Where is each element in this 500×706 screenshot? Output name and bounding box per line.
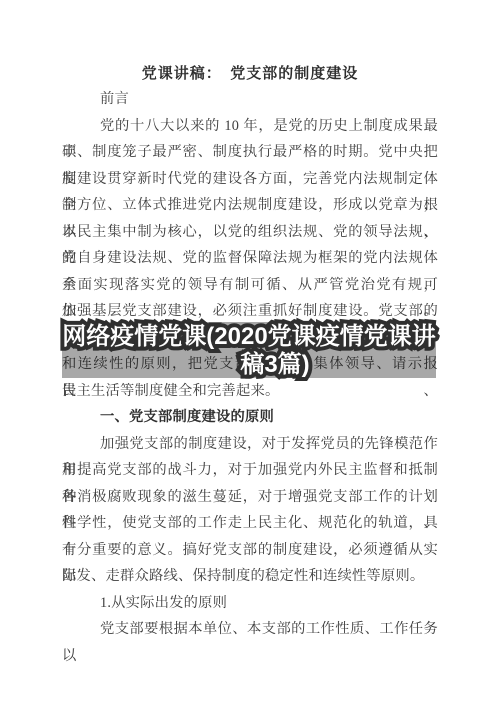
doc-line: 1.从实际出发的原则 (62, 590, 438, 617)
document-title: 党课讲稿： 党支部的制度建设 (62, 62, 438, 83)
doc-line: 全方位、立体式推进党内法规制度建设，形成以党章为根本， (62, 192, 438, 219)
doc-line: 十分重要的意义。搞好党支部的制度建设，必须遵循从实际 (62, 537, 438, 564)
doc-line: 以民主集中制为核心，以党的组织法规、党的领导法规、党 (62, 219, 438, 246)
doc-line: 科学性，使党支部的工作走上民主化、规范化的轨道，具有 (62, 510, 438, 537)
doc-line: 种消极腐败现象的滋生蔓延，对于增强党支部工作的计划性、 (62, 484, 438, 511)
doc-line: 和提高党支部的战斗力，对于加强党内外民主监督和抵制各 (62, 457, 438, 484)
document-page: 党课讲稿： 党支部的制度建设 前言党的十八大以来的 10 年，是党的历史上制度成… (0, 0, 500, 706)
doc-line: 一、党支部制度建设的原则 (62, 404, 438, 431)
doc-line: 的自身建设法规、党的监督保障法规为框架的党内法规体系， (62, 245, 438, 272)
doc-line: 前言 (62, 86, 438, 113)
doc-line: 硕、制度笼子最严密、制度执行最严格的时期。党中央把制 (62, 139, 438, 166)
doc-line: 加强党支部的制度建设，对于发挥党员的先锋模范作用 (62, 431, 438, 458)
doc-line: 度建设贯穿新时代党的建设各方面，完善党内法规制定体制， (62, 166, 438, 193)
overlay-banner-background (62, 322, 436, 378)
doc-line: 加强基层党支部建设，必须注重抓好制度建设。党支部的制 (62, 298, 438, 325)
doc-line: 党的十八大以来的 10 年，是党的历史上制度成果最丰 (62, 113, 438, 140)
doc-line: 全面实现落实党的领导有制可循、从严管党治党有规可依。 (62, 272, 438, 299)
doc-line: 出发、走群众路线、保持制度的稳定性和连续性等原则。 (62, 563, 438, 590)
doc-line: 党支部要根据本单位、本支部的工作性质、工作任务以 (62, 616, 438, 643)
